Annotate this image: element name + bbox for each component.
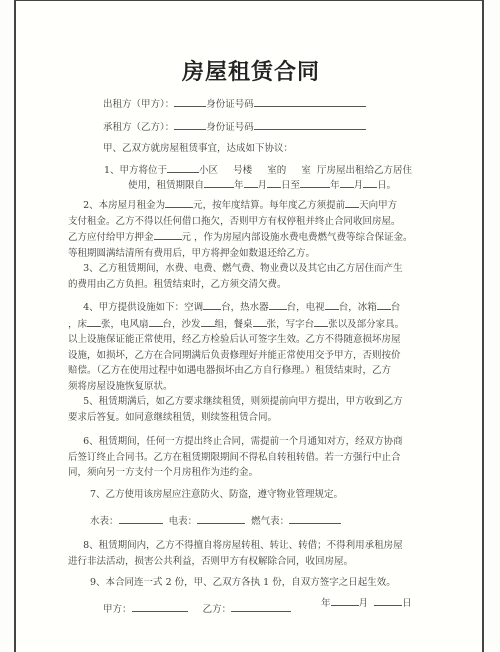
clause-2: 2、本房屋月租金为元，按年度结算。每年度乙方须提前天向甲方 支付租金。乙方不得以… (68, 197, 423, 261)
gas-meter-field[interactable] (289, 513, 341, 524)
lessee-label: 承租方（乙方）： (103, 122, 174, 133)
contract-page: 房屋租赁合同 出租方（甲方）：身份证号码 承租方（乙方）：身份证号码 甲、乙双方… (14, 0, 484, 652)
intro-text: 甲、乙双方就房屋租赁事宜，达成如下协议： (103, 142, 293, 155)
lessor-line: 出租方（甲方）：身份证号码 (103, 96, 366, 111)
days-field[interactable] (345, 197, 359, 208)
blank[interactable] (340, 177, 354, 188)
blank[interactable] (363, 177, 377, 188)
clause-6: 6、租赁期间，任何一方提出终止合同，需提前一个月通知对方，经双方协商 后签订终止… (68, 434, 423, 481)
blank[interactable] (167, 162, 199, 173)
blank[interactable] (203, 299, 221, 310)
day-field[interactable] (374, 595, 402, 606)
clause-9: 9、本合同连一式 2 份，甲、乙双方各执 1 份，自双方签字之日起生效。 (90, 576, 396, 589)
party-a-signature-field[interactable] (132, 601, 188, 612)
lessee-name-field[interactable] (174, 119, 206, 130)
id-label: 身份证号码 (206, 122, 254, 133)
clause-8: 8、租赁期间内，乙方不得擅自将房屋转租、转让、转借；不得利用承租房屋 进行非法活… (68, 538, 423, 569)
lessor-name-field[interactable] (174, 96, 206, 107)
blank[interactable] (300, 177, 330, 188)
blank[interactable] (269, 299, 287, 310)
month-field[interactable] (331, 595, 359, 606)
blank[interactable] (253, 316, 267, 327)
clause-1-line-2: 使用，租赁期限自年月日至年月日。 (128, 177, 396, 192)
clause-1-line-1: 1、甲方将位于小区 号楼 室的 室 厅房屋出租给乙方居住 (104, 162, 412, 177)
meter-readings: 水表： 电表： 燃气表： (90, 513, 341, 528)
id-label: 身份证号码 (206, 99, 254, 110)
blank[interactable] (201, 316, 215, 327)
rent-field[interactable] (165, 197, 193, 208)
blank[interactable] (204, 177, 234, 188)
signature-date: 年月 日 (321, 595, 412, 610)
water-meter-field[interactable] (119, 513, 163, 524)
blank[interactable] (87, 316, 101, 327)
blank[interactable] (149, 316, 163, 327)
clause-4: 4、甲方提供设施如下：空调台，热水器台，电视台，冰箱台 ，床张，电风扇台，沙发组… (68, 299, 423, 394)
lessor-label: 出租方（甲方）： (103, 99, 174, 110)
deposit-field[interactable] (154, 229, 182, 240)
lessee-line: 承租方（乙方）：身份证号码 (103, 119, 366, 134)
blank[interactable] (314, 316, 328, 327)
lessee-id-field[interactable] (254, 119, 366, 130)
blank[interactable] (244, 177, 258, 188)
lessor-id-field[interactable] (254, 96, 366, 107)
clause-3: 3、乙方租赁期间，水费、电费、燃气费、物业费以及其它由乙方居住而产生 的费用由乙… (68, 261, 423, 292)
blank[interactable] (377, 299, 391, 310)
party-b-signature-field[interactable] (231, 601, 291, 612)
blank[interactable] (325, 299, 339, 310)
electric-meter-field[interactable] (197, 513, 245, 524)
page-title: 房屋租赁合同 (16, 55, 486, 86)
clause-5: 5、租赁期满后，如乙方要求继续租赁，则须提前向甲方提出，甲方收到乙方 要求后答复… (68, 394, 423, 425)
clause-7: 7、乙方使用该房屋应注意防火、防盗，遵守物业管理规定。 (90, 488, 343, 501)
blank[interactable] (267, 177, 281, 188)
signature-line: 甲方： 乙方： (103, 601, 291, 616)
